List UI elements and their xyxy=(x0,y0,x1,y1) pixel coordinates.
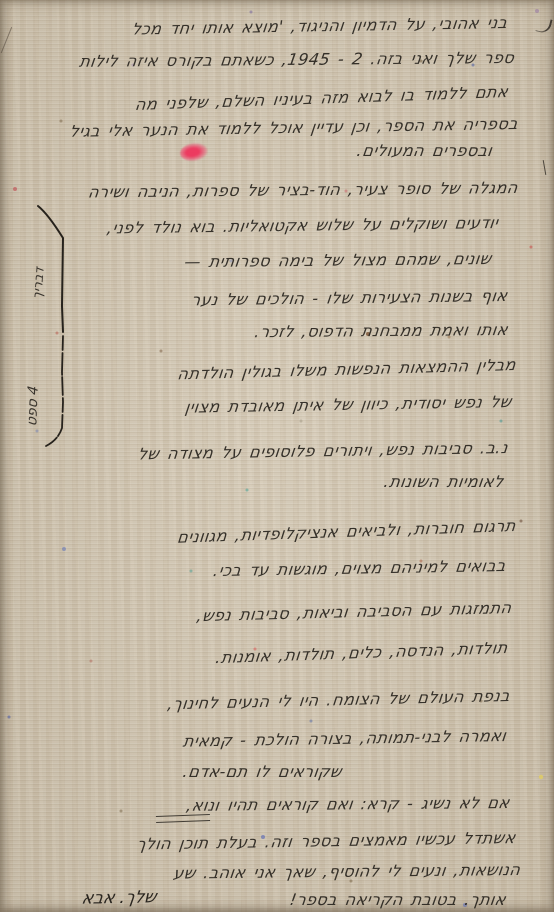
letter-line: הנושאות, ונעים לי להוסיף, שאך אני אוהב. … xyxy=(172,860,522,883)
letter-line: ובספרים המעולים. xyxy=(355,141,493,160)
letter-line: אשתדל עכשיו מאמצים בספר וזה. בעלת תוכן ה… xyxy=(136,828,517,854)
paper-flecks xyxy=(0,0,2,2)
letter-line: נ.ב. סביבות נפש, ויתורים פלוסופים על מצו… xyxy=(137,438,510,463)
letter-line: שקוראים לו תם-אדם. xyxy=(182,762,344,781)
letter-line: בנפת העולם של הצומח. היו לי הנעים לחינוך… xyxy=(166,686,511,713)
letter-line: התמזגות עם הסביבה וביאות, סביבות נפש, xyxy=(196,598,513,625)
letter-line: ואמרה לבני-תמותה, בצורה הולכת - קמאית xyxy=(182,726,508,751)
stray-ink-mark xyxy=(535,17,552,35)
letter-line: של נפש יסודית, כיוון של איתן מאובדת מצוי… xyxy=(184,392,513,417)
letter-line: אותו ואמת ממבחנת הדפוס, לזכר. xyxy=(253,320,509,341)
red-stain xyxy=(179,141,209,163)
letter-line: תרגום חוברות, ולביאים אנציקלופדיות, מגוו… xyxy=(176,516,517,547)
letter-line: ספר שלך ואני בזה. 2 - 1945, כשאתם בקורס … xyxy=(78,48,516,71)
margin-note-date: 4 ספט xyxy=(24,366,43,446)
letter-line: אותך. בטובת הקריאה בספר! xyxy=(288,890,507,909)
letter-line: אוף בשנות הצעירות שלו - הולכים של נער xyxy=(190,286,509,309)
signature: שלך. אבא xyxy=(80,887,158,908)
letter-line: שונים, שמהם מצול של בימה ספרותית — xyxy=(184,249,494,271)
letter-page: דבריך 4 ספט בני אהובי, על הדמיון והניגוד… xyxy=(0,0,554,912)
letter-line: אתם ללמוד בו לבוא מזה בעיניו השלם, שלפני… xyxy=(134,82,509,114)
letter-line: בבואים למיניהם מצוים, מוגשות עד בכי. xyxy=(212,556,507,580)
letter-line: יודעים ושוקלים על שלוש אקטואליות. בוא נו… xyxy=(106,213,500,237)
letter-line: תולדות, הנדסה, כלים, תולדות, אומנות. xyxy=(215,638,509,667)
word-underline xyxy=(156,814,210,823)
letter-line: בספריה את הספר, וכן עדיין אוכל ללמוד את … xyxy=(68,114,519,141)
letter-line: אם לא נשיג - קרא: ואם קוראים תהיו ונוא, xyxy=(185,793,511,815)
letter-line: בני אהובי, על הדמיון והניגוד, 'מוצא אותו… xyxy=(131,13,509,39)
letter-line: לאומיות השונות. xyxy=(383,472,506,491)
letter-line: המגלה של סופר צעיר, הוד-בציר של ספרות, ה… xyxy=(87,178,519,201)
stray-ink-mark xyxy=(543,160,547,175)
stray-pencil-mark xyxy=(1,27,12,53)
letter-line: מבלין ההמצאות הנפשות משלו בגולין הולדתה xyxy=(176,355,517,383)
